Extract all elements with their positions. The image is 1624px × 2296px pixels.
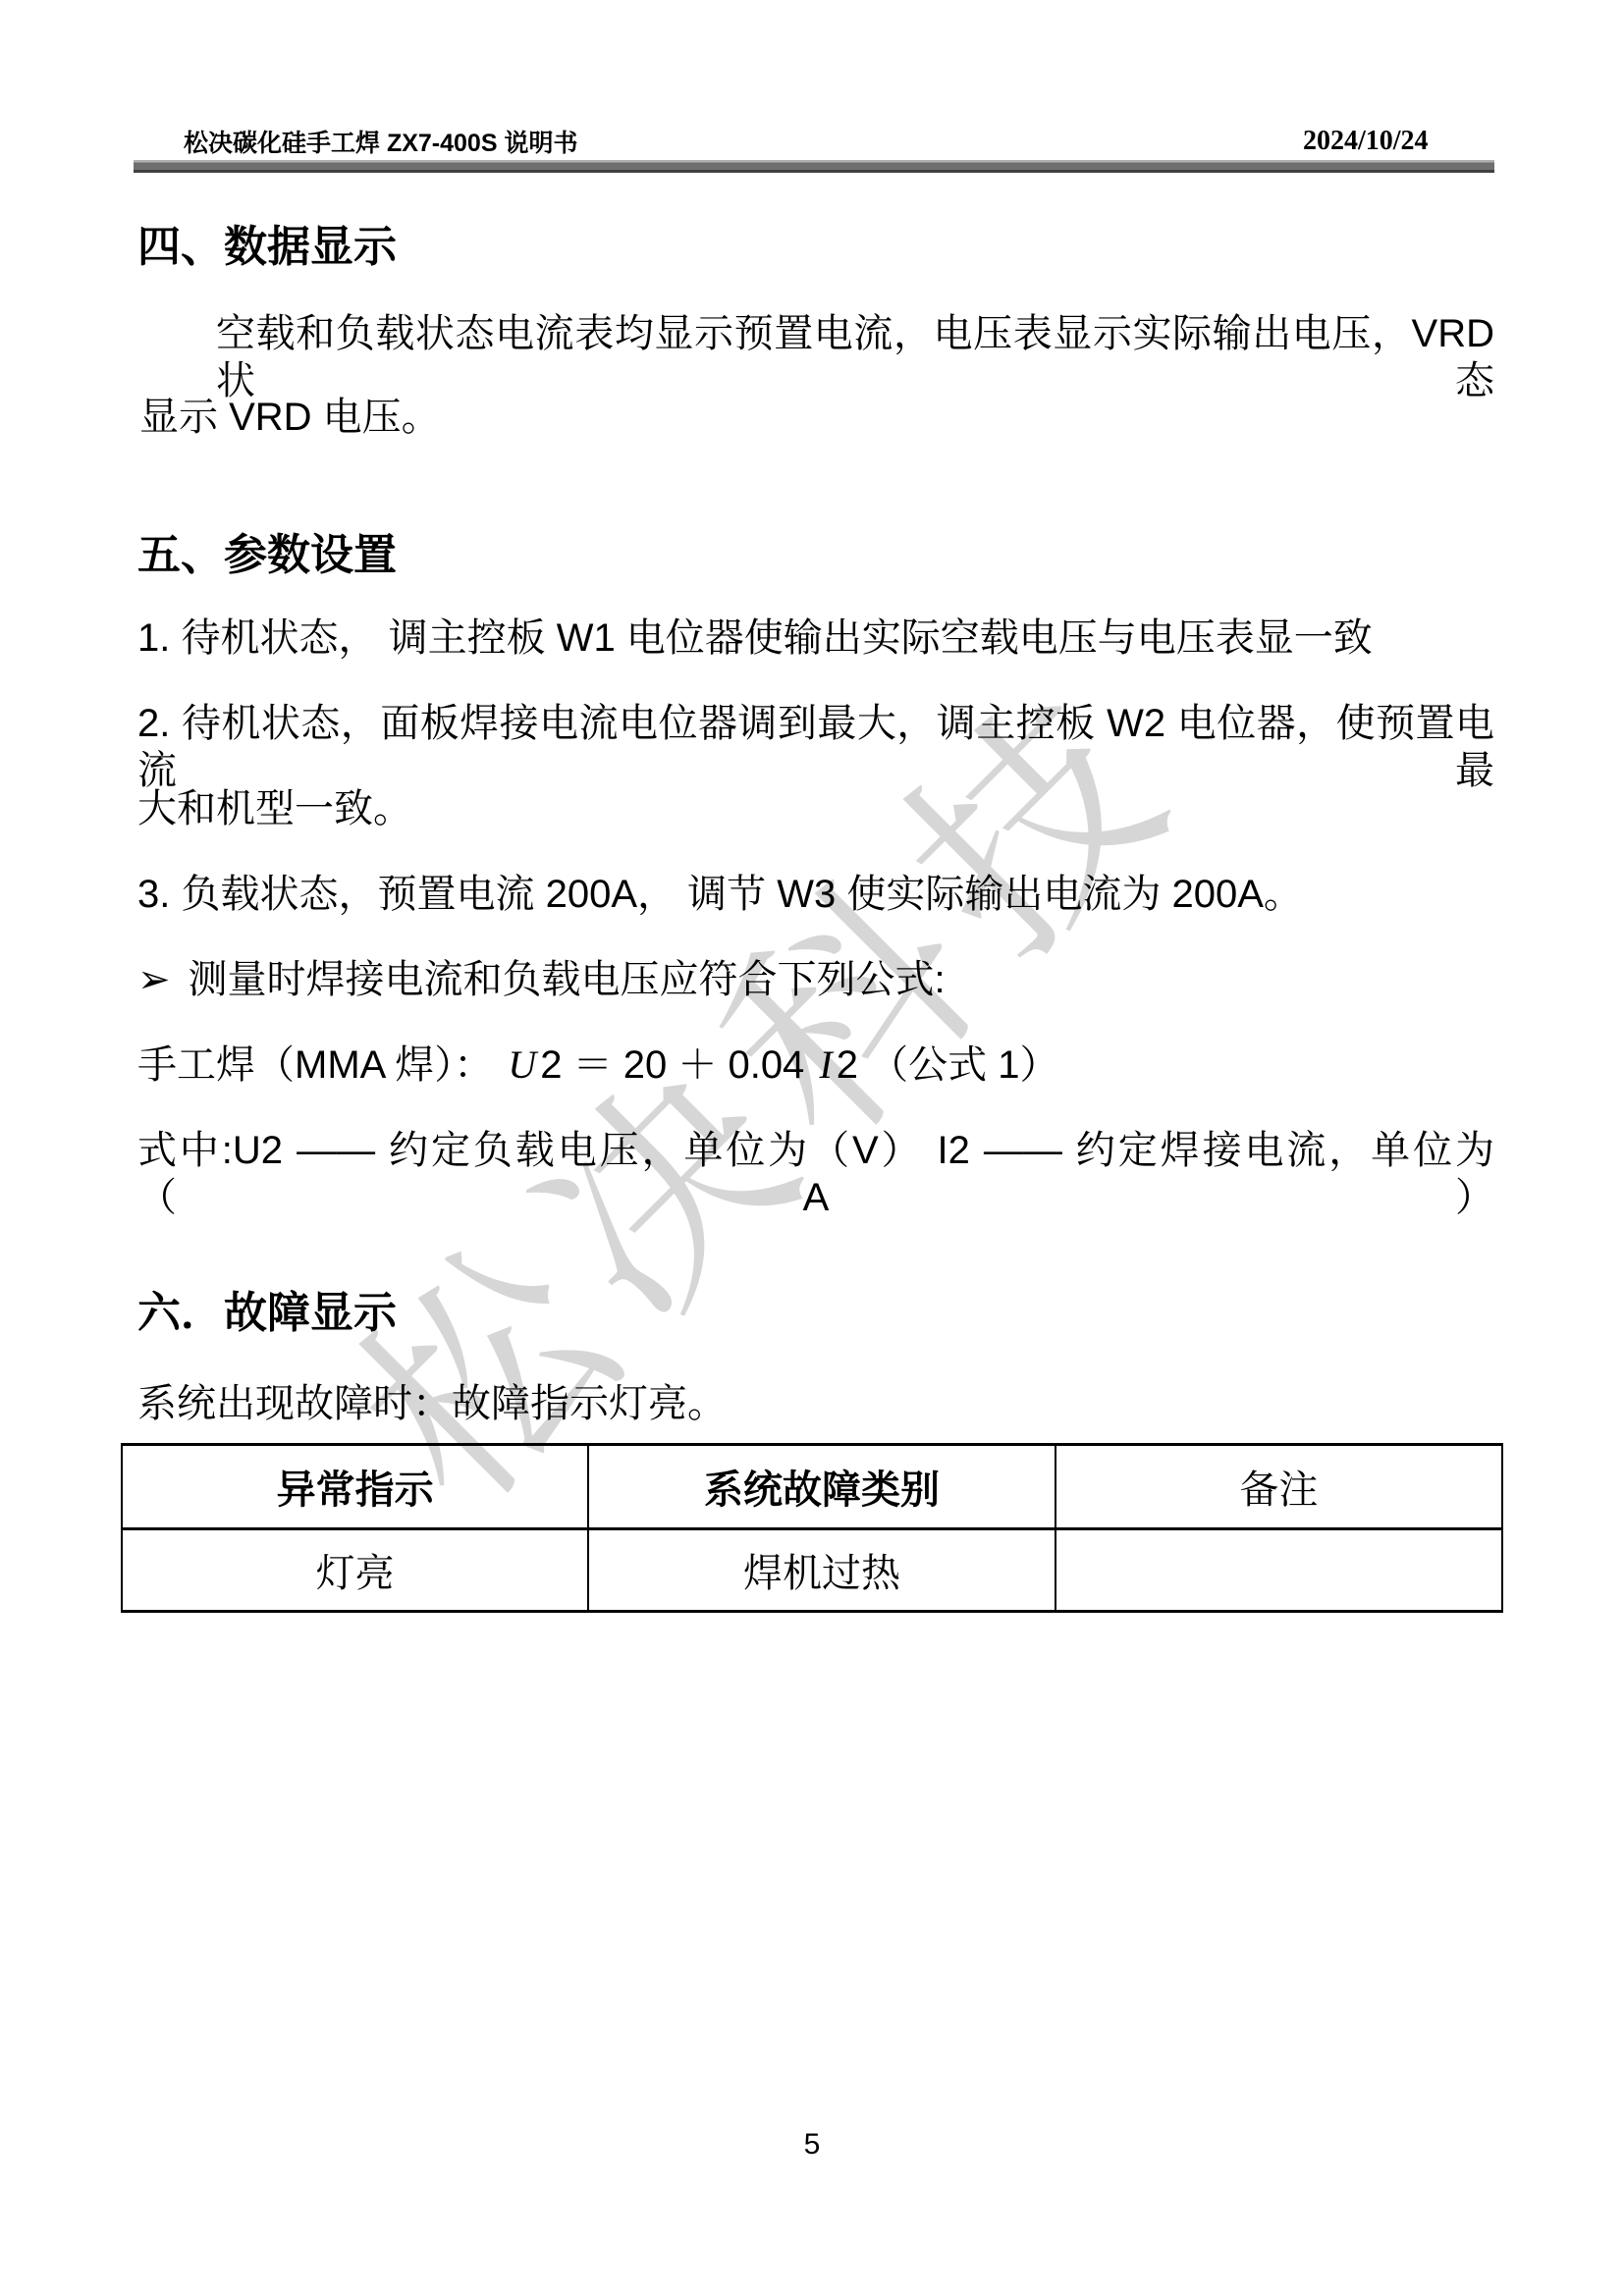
header-title: 松决碳化硅手工焊 ZX7-400S 说明书 [184, 124, 577, 159]
parameter-step-1: 1. 待机状态， 调主控板 W1 电位器使输出实际空载电压与电压表显一致 [137, 614, 1373, 662]
formula-prefix: 手工焊（MMA 焊）： [137, 1043, 493, 1087]
arrowhead-bullet-icon: ➢ [137, 956, 171, 1003]
legend-dash-1: —— [297, 1129, 375, 1172]
section-six-intro: 系统出现故障时：故障指示灯亮。 [137, 1380, 727, 1427]
formula-line: 手工焊（MMA 焊）： U2 ＝ 20 ＋ 0.04 I2 （公式 1） [137, 1041, 1059, 1089]
section-four-paragraph-line1: 空载和负载状态电流表均显示预置电流，电压表显示实际输出电压，VRD 状态 [216, 310, 1494, 404]
header-rule [134, 160, 1494, 173]
section-five-heading: 五、参数设置 [137, 532, 397, 579]
parameter-step-2-line1: 2. 待机状态，面板焊接电流电位器调到最大，调主控板 W2 电位器，使预置电流最 [137, 700, 1494, 794]
legend-prefix: 式中: [137, 1129, 233, 1172]
page-number: 5 [0, 2128, 1624, 2162]
legend-desc-u2: 约定负载电压，单位为（V） [389, 1129, 923, 1172]
document-page: 松决科技 松决碳化硅手工焊 ZX7-400S 说明书 2024/10/24 四、… [0, 0, 1624, 2296]
legend-term-i2: I2 [937, 1129, 969, 1172]
bullet-line: ➢测量时焊接电流和负载电压应符合下列公式: [137, 956, 946, 1003]
formula-variable-i: I [815, 1042, 836, 1087]
header-date: 2024/10/24 [1303, 126, 1429, 157]
legend-term-u2: U2 [233, 1129, 283, 1172]
fault-table-header-abnormal-indication: 异常指示 [122, 1445, 588, 1529]
section-six-heading: 六．故障显示 [137, 1290, 397, 1337]
formula-suffix: （公式 1） [869, 1043, 1058, 1087]
fault-table-header-row: 异常指示 系统故障类别 备注 [122, 1445, 1502, 1529]
fault-table-header-remarks: 备注 [1056, 1445, 1502, 1529]
parameter-step-2-line2: 大和机型一致。 [137, 785, 412, 832]
fault-table: 异常指示 系统故障类别 备注 灯亮 焊机过热 [121, 1443, 1503, 1613]
fault-table-data-row: 灯亮 焊机过热 [122, 1529, 1502, 1612]
fault-table-cell-remarks [1056, 1529, 1502, 1612]
fault-table-header-fault-category: 系统故障类别 [588, 1445, 1055, 1529]
page-content: 松决碳化硅手工焊 ZX7-400S 说明书 2024/10/24 四、数据显示 … [0, 0, 1624, 2296]
formula-operator: ＝ 20 ＋ 0.04 [573, 1043, 805, 1087]
formula-u-index: 2 [540, 1043, 562, 1087]
fault-table-cell-indication: 灯亮 [122, 1529, 588, 1612]
formula-variable-u: U [504, 1042, 540, 1087]
formula-legend-line: 式中:U2 —— 约定负载电压，单位为（V） I2 —— 约定焊接电流，单位为（… [137, 1127, 1494, 1221]
formula-i-index: 2 [837, 1043, 858, 1087]
fault-table-cell-category: 焊机过热 [588, 1529, 1055, 1612]
bullet-text: 测量时焊接电流和负载电压应符合下列公式: [189, 958, 946, 1001]
section-four-heading: 四、数据显示 [137, 224, 397, 271]
legend-dash-2: —— [984, 1129, 1062, 1172]
parameter-step-3: 3. 负载状态，预置电流 200A， 调节 W3 使实际输出电流为 200A。 [137, 871, 1303, 918]
section-four-paragraph-line2: 显示 VRD 电压。 [139, 394, 441, 441]
